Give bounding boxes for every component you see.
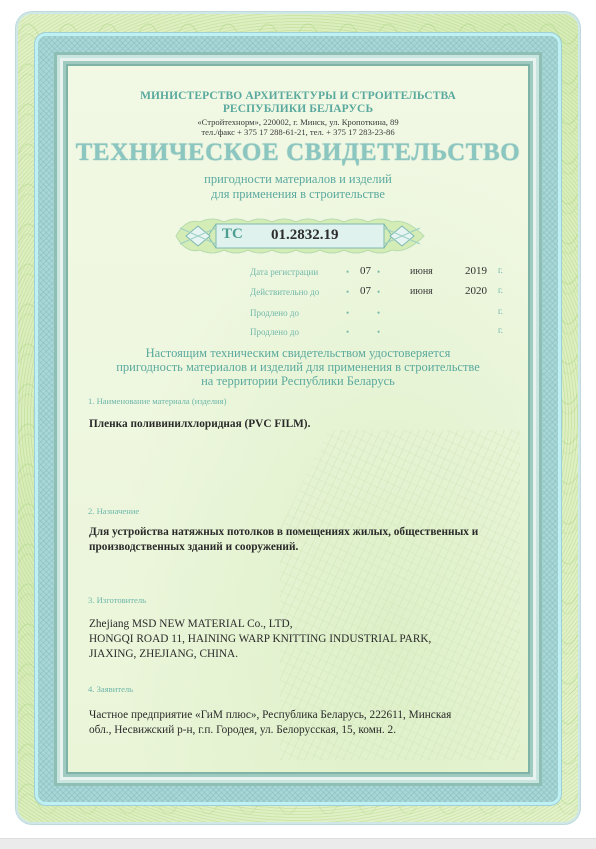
document-subtitle: пригодности материалов и изделий для при… bbox=[70, 172, 526, 202]
dot-separator: • bbox=[377, 287, 380, 297]
date-year-suffix: г. bbox=[498, 325, 503, 335]
date-label: Продлено до bbox=[250, 327, 299, 337]
org-address: «Стройтехнорм», 220002, г. Минск, ул. Кр… bbox=[70, 117, 526, 127]
organization-contacts: «Стройтехнорм», 220002, г. Минск, ул. Кр… bbox=[70, 117, 526, 137]
statement-line-2: пригодность материалов и изделий для при… bbox=[60, 360, 536, 374]
section-value-line: Zhejiang MSD NEW MATERIAL Co., LTD, bbox=[89, 617, 519, 632]
dot-separator: • bbox=[377, 267, 380, 277]
date-year: 2019 bbox=[465, 265, 487, 277]
viewer-bottom-bar bbox=[0, 838, 596, 849]
certificate-number: 01.2832.19 bbox=[271, 227, 339, 244]
section-value-line: Пленка поливинилхлоридная (PVC FILM). bbox=[89, 417, 519, 432]
date-day: 07 bbox=[360, 265, 371, 277]
statement-line-3: на территории Республики Беларусь bbox=[60, 374, 536, 388]
date-day: 07 bbox=[360, 285, 371, 297]
statement-line-1: Настоящим техническим свидетельством удо… bbox=[60, 346, 536, 360]
dot-separator: • bbox=[346, 267, 349, 277]
section-value: Пленка поливинилхлоридная (PVC FILM). bbox=[89, 417, 519, 432]
section-value-line: Для устройства натяжных потолков в помещ… bbox=[89, 525, 519, 540]
section-value-line: JIAXING, ZHEJIANG, CHINA. bbox=[89, 647, 519, 662]
dot-separator: • bbox=[346, 287, 349, 297]
date-label: Продлено до bbox=[250, 308, 299, 318]
date-label: Действительно до bbox=[250, 287, 319, 297]
document-title: ТЕХНИЧЕСКОЕ СВИДЕТЕЛЬСТВО bbox=[70, 139, 526, 167]
date-year-suffix: г. bbox=[498, 265, 503, 275]
subtitle-line-1: пригодности материалов и изделий bbox=[70, 172, 526, 187]
certification-statement: Настоящим техническим свидетельством удо… bbox=[60, 346, 536, 388]
date-label: Дата регистрации bbox=[250, 267, 318, 277]
ministry-line-1: МИНИСТЕРСТВО АРХИТЕКТУРЫ И СТРОИТЕЛЬСТВА bbox=[70, 90, 526, 103]
section-value-line: производственных зданий и сооружений. bbox=[89, 540, 519, 555]
section-value-line: Частное предприятие «ГиМ плюс», Республи… bbox=[89, 708, 519, 723]
section-value-line: HONGQI ROAD 11, HAINING WARP KNITTING IN… bbox=[89, 632, 519, 647]
section-label: 2. Назначение bbox=[88, 506, 139, 516]
date-month: июня bbox=[410, 266, 433, 277]
dot-separator: • bbox=[346, 327, 349, 337]
date-month: июня bbox=[410, 286, 433, 297]
date-year-suffix: г. bbox=[498, 285, 503, 295]
dot-separator: • bbox=[377, 308, 380, 318]
dot-separator: • bbox=[346, 308, 349, 318]
section-value: Для устройства натяжных потолков в помещ… bbox=[89, 525, 519, 555]
section-value: Zhejiang MSD NEW MATERIAL Co., LTD,HONGQ… bbox=[89, 617, 519, 662]
ministry-line-2: РЕСПУБЛИКИ БЕЛАРУСЬ bbox=[70, 103, 526, 116]
dot-separator: • bbox=[377, 327, 380, 337]
section-value: Частное предприятие «ГиМ плюс», Республи… bbox=[89, 708, 519, 738]
section-value-line: обл., Несвижский р-н, г.п. Городея, ул. … bbox=[89, 723, 519, 738]
date-year-suffix: г. bbox=[498, 306, 503, 316]
certificate-content: МИНИСТЕРСТВО АРХИТЕКТУРЫ И СТРОИТЕЛЬСТВА… bbox=[0, 0, 596, 849]
certificate-prefix: ТС bbox=[222, 226, 243, 243]
org-phones: тел./факс + 375 17 288-61-21, тел. + 375… bbox=[70, 127, 526, 137]
section-label: 3. Изготовитель bbox=[88, 595, 146, 605]
date-year: 2020 bbox=[465, 285, 487, 297]
section-label: 4. Заявитель bbox=[88, 684, 133, 694]
section-label: 1. Наименование материала (изделия) bbox=[88, 396, 226, 406]
ministry-heading: МИНИСТЕРСТВО АРХИТЕКТУРЫ И СТРОИТЕЛЬСТВА… bbox=[70, 90, 526, 116]
subtitle-line-2: для применения в строительстве bbox=[70, 187, 526, 202]
